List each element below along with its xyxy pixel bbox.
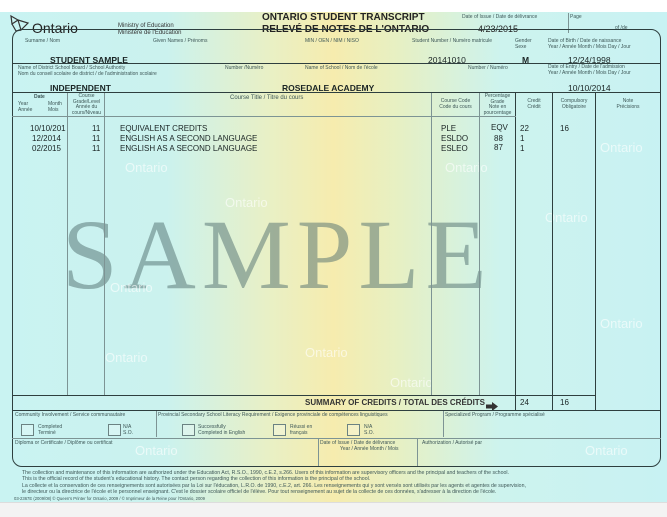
row-1-credit: 1 [520, 134, 524, 143]
row-0-date: 10/10/201 [30, 124, 66, 133]
row-2-code: ESLEO [441, 144, 468, 153]
community-completed-checkbox[interactable] [21, 424, 34, 436]
row-2-date: 02/2015 [32, 144, 61, 153]
col-month-header: Month Mois [48, 101, 62, 113]
row-2-pct: 87 [494, 143, 503, 152]
literacy-na-checkbox[interactable] [347, 424, 360, 436]
given-names-label: Given Names / Prénoms [153, 38, 207, 44]
form-id: 03-2367E (2009/08) © Queen's Printer for… [14, 496, 205, 501]
success-fr-label2: français [290, 430, 308, 436]
row-0-compulsory: 16 [560, 124, 569, 133]
school-name-label: Name of School / Nom de l'école [305, 65, 378, 71]
page-bottom-edge [0, 502, 667, 517]
col-grade-header: Course Grade/Level Année du cours/Niveau [70, 94, 103, 116]
row-1-title: ENGLISH AS A SECOND LANGUAGE [120, 134, 257, 143]
row-2-credit: 1 [520, 144, 524, 153]
footer-en-2: This is the official record of the stude… [22, 476, 370, 482]
student-number-label: Student Number / Numéro matricule [412, 38, 492, 44]
col-title-header: Course Title / Titre du cours [230, 95, 303, 101]
board-label-fr: Nom du conseil scolaire de district / de… [18, 71, 157, 77]
completed-label-fr: Terminé [38, 430, 56, 436]
footer-fr-2: le directeur ou la directrice de l'école… [22, 489, 496, 495]
row-1-code: ESLDO [441, 134, 468, 143]
literacy-label: Provincial Secondary School Literacy Req… [158, 412, 388, 418]
row-0-title: EQUIVALENT CREDITS [120, 124, 207, 133]
col-year-header: Year Année [18, 101, 32, 113]
row-0-pct: EQV [491, 123, 508, 132]
literacy-english-checkbox[interactable] [182, 424, 195, 436]
literacy-french-checkbox[interactable] [273, 424, 286, 436]
col-note-header: Note Précisions [597, 98, 659, 110]
row-1-grade: 11 [92, 134, 100, 143]
dob-sublabels: Year / Année Month / Mois Day / Jour [548, 44, 631, 50]
authorization-label: Authorization / Autorisé par [422, 440, 482, 446]
page-label: Page [570, 14, 582, 20]
row-0-credit: 22 [520, 124, 529, 133]
min-label: MIN / OEN / NIM / NISO [305, 38, 359, 44]
row-0-grade: 11 [92, 124, 100, 133]
community-label: Community Involvement / Service communau… [15, 412, 125, 418]
issue-date-label: Date of Issue / Date de délivrance [462, 14, 537, 20]
col-code-header: Course Code Code du cours [433, 98, 478, 110]
school-number-label: Number / Numéro [468, 65, 508, 71]
literacy-na-label-fr: S.O. [364, 430, 374, 436]
success-en-label2: Completed in English [198, 430, 245, 436]
diploma-label: Diploma or Certificate / Diplôme ou cert… [15, 440, 113, 446]
diploma-issue-sublabels: Year / Année Month / Mois [340, 446, 398, 452]
board-number-label: Number /Numéro [225, 65, 263, 71]
summary-label: SUMMARY OF CREDITS / TOTAL DES CRÉDITS [305, 398, 485, 407]
row-1-pct: 88 [494, 134, 503, 143]
col-date-header: Date [34, 94, 45, 100]
title-en: ONTARIO STUDENT TRANSCRIPT [262, 12, 417, 23]
col-credit-header: Credit Crédit [516, 98, 552, 110]
community-na-checkbox[interactable] [108, 424, 121, 436]
row-0-code: PLE [441, 124, 456, 133]
surname-label: Surname / Nom [25, 38, 60, 44]
entry-sublabels: Year / Année Month / Mois Day / Jour [548, 70, 631, 76]
gender-label-fr: Sexe [515, 44, 526, 50]
summary-compulsory: 16 [560, 398, 569, 407]
col-pct-header: Percentage Grade Note en pourcentage [480, 94, 515, 116]
row-2-grade: 11 [92, 144, 100, 153]
na-label-fr: S.O. [123, 430, 133, 436]
row-2-title: ENGLISH AS A SECOND LANGUAGE [120, 144, 257, 153]
row-1-date: 12/2014 [32, 134, 61, 143]
specialized-label: Specialized Program / Programme spéciali… [445, 412, 545, 418]
col-compulsory-header: Compulsory Obligatoire [553, 98, 595, 110]
summary-credit: 24 [520, 398, 529, 407]
